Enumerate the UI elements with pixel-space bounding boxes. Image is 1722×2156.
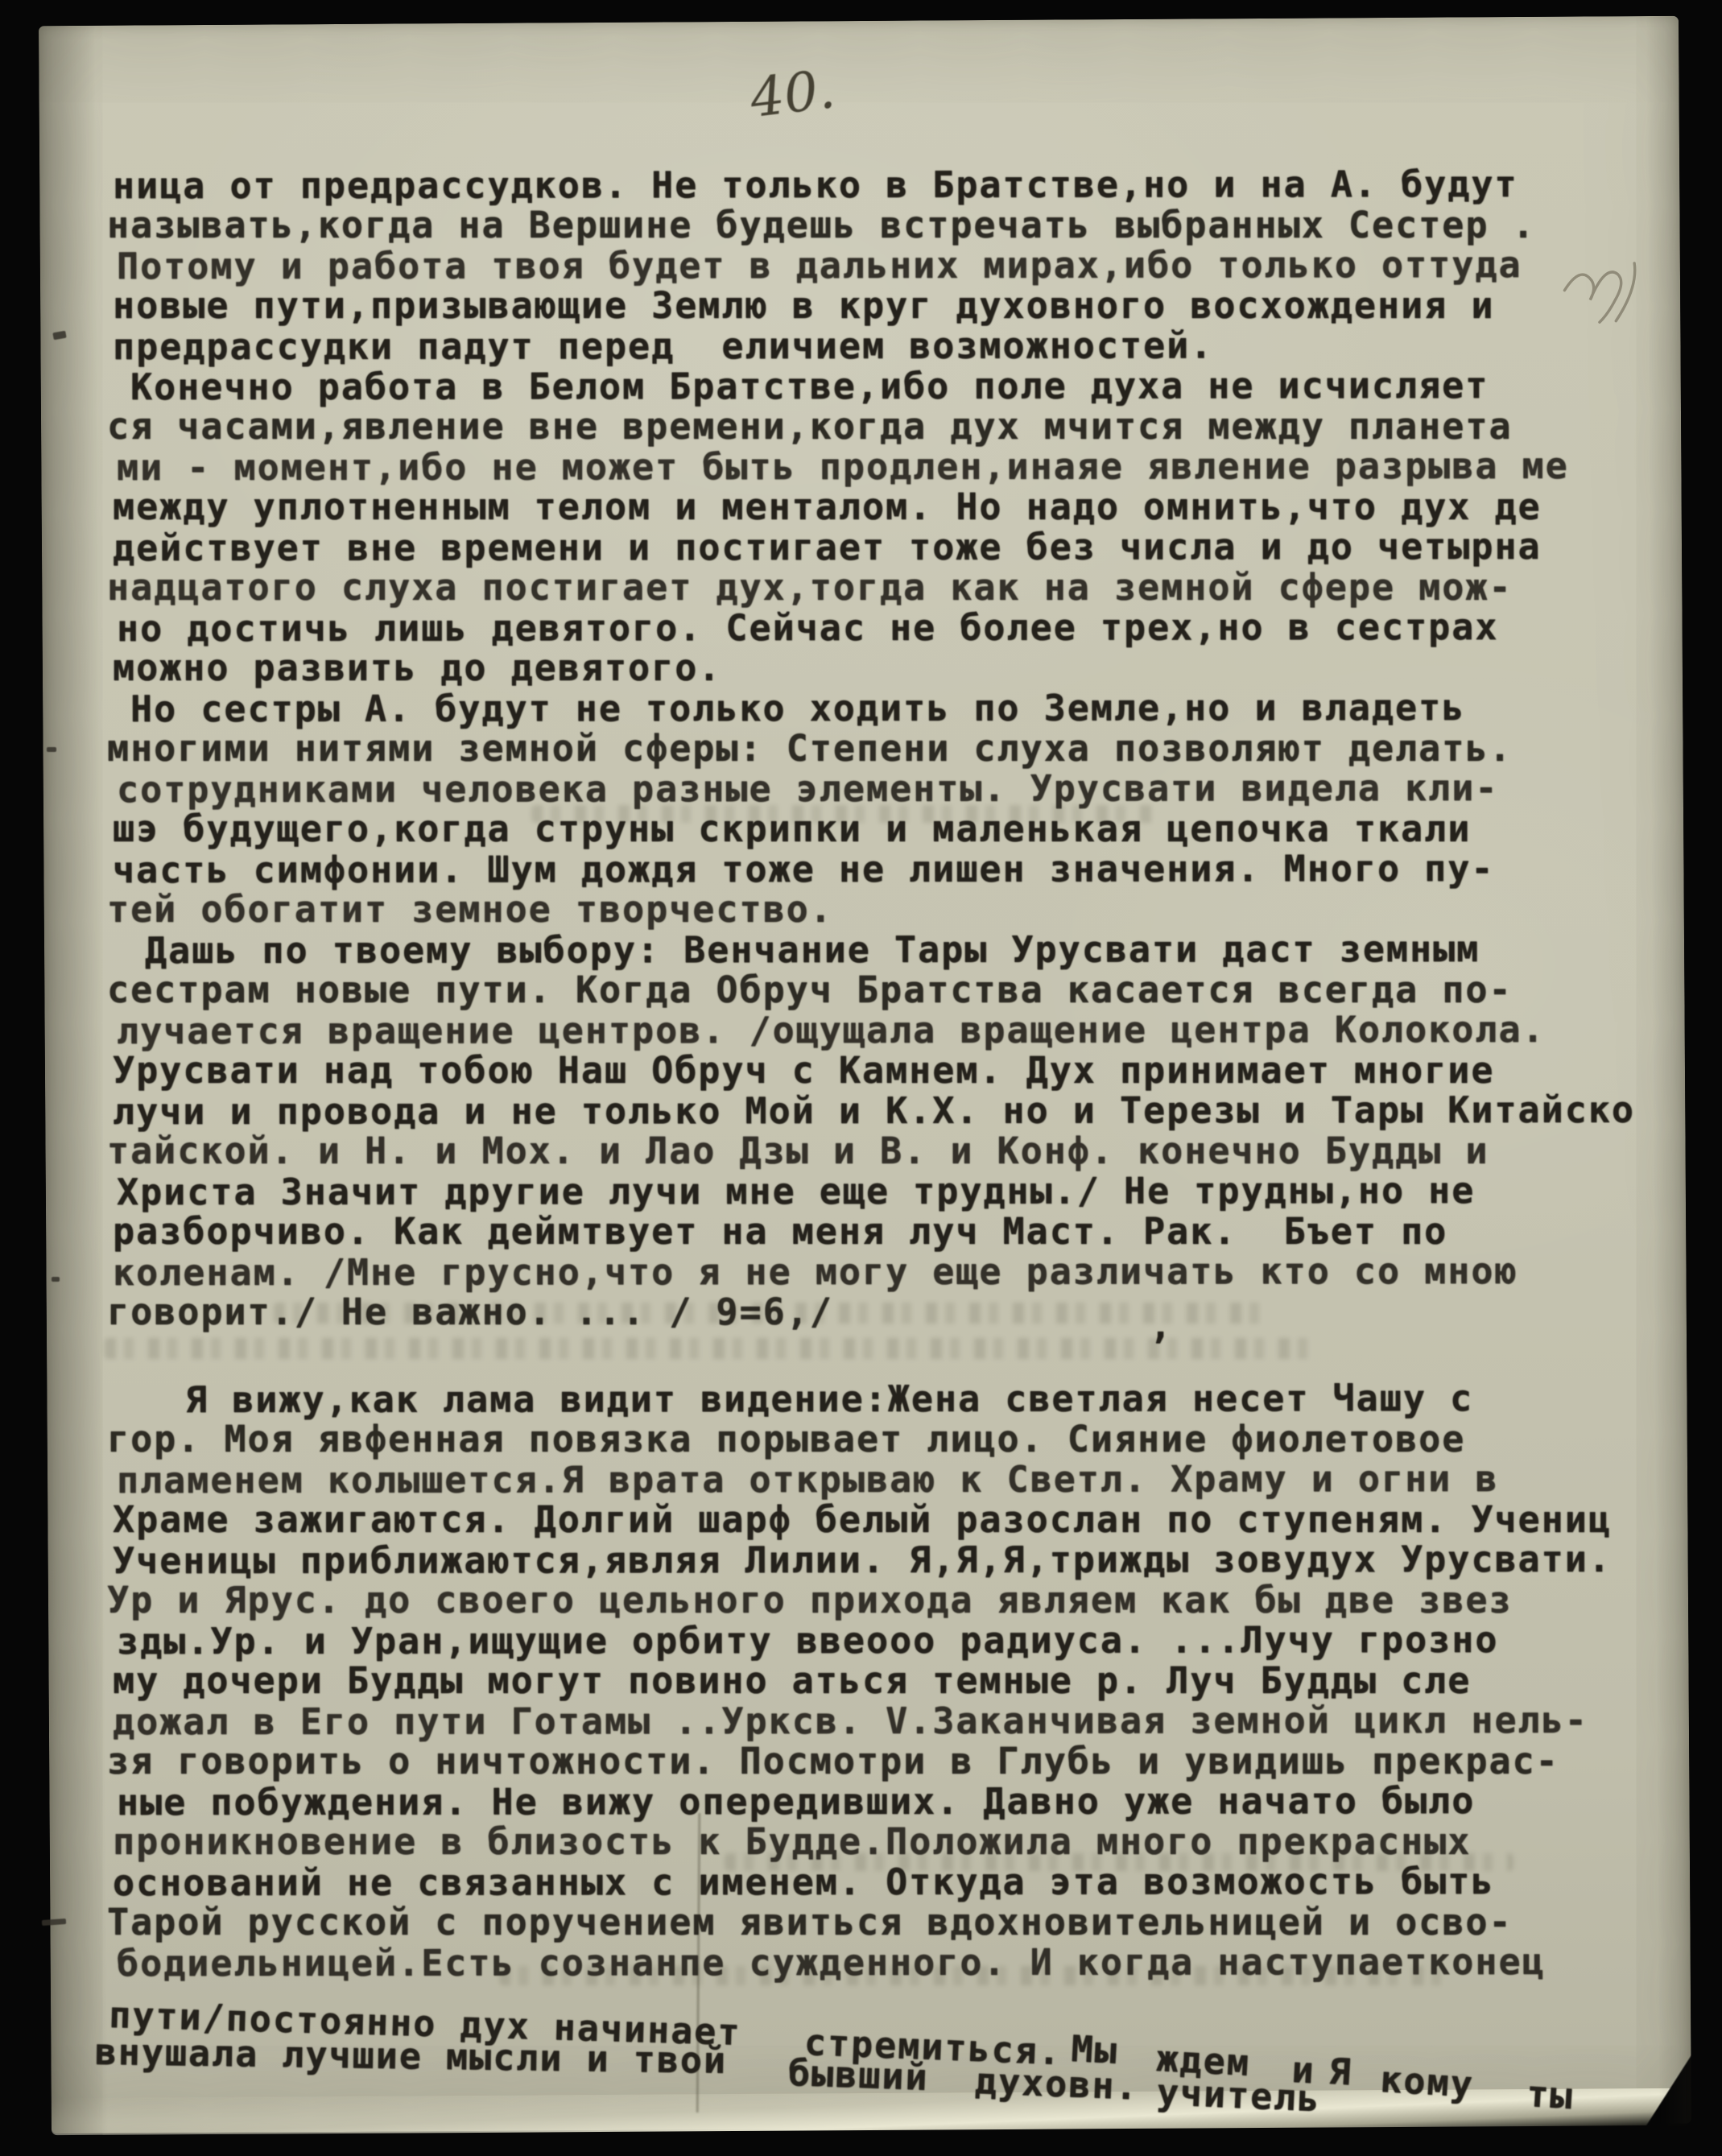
text-line: проникновение в близость к Будде.Положил…	[113, 1822, 1666, 1862]
paragraph: Дашь по твоему выбору: Венчание Тары Уру…	[113, 930, 1666, 1332]
page-number: 40.	[747, 63, 837, 126]
text-line: новые пути,призывающие Землю в круг духо…	[113, 286, 1666, 326]
text-line: между уплотненным телом и менталом. Но н…	[113, 487, 1666, 527]
text-line: гор. Моя явфенная повязка порывает лицо.…	[107, 1419, 1666, 1460]
text-line: но достичь лишь девятого. Сейчас не боле…	[117, 607, 1666, 649]
text-line: тайской. и Н. и Мох. и Лао Дзы и В. и Ко…	[107, 1131, 1666, 1171]
paper-corner-fold	[1563, 2030, 1693, 2126]
paragraph: Конечно работа в Белом Братстве,ибо поле…	[113, 366, 1666, 688]
text-line: коленам. /Мне грусно,что я не могу еще р…	[113, 1251, 1666, 1293]
typed-fragment: духовн.	[974, 2061, 1139, 2108]
text-line: зя говорить о ничтожности. Посмотри в Гл…	[107, 1741, 1666, 1782]
text-line: говорит./ Не важно. ... / 9=6,/	[107, 1292, 1666, 1332]
text-line: Урусвати над тобою Наш Обруч с Камнем. Д…	[113, 1051, 1666, 1091]
paragraph: ница от предрассудков. Не только в Братс…	[113, 165, 1666, 366]
text-line: пламенем колышется.Я врата открываю к Св…	[117, 1459, 1666, 1501]
typed-fragment: бывший	[787, 2053, 929, 2098]
typed-text-body: ница от предрассудков. Не только в Братс…	[113, 165, 1666, 1983]
text-line: Храме зажигаются. Долгий шарф белый разо…	[113, 1500, 1666, 1540]
text-line: Ученицы приближаются,являя Лилии. Я,Я,Я,…	[113, 1539, 1666, 1581]
text-line: ница от предрассудков. Не только в Братс…	[113, 164, 1666, 206]
paragraph: Я вижу,как лама видит видение:Жена светл…	[113, 1379, 1666, 1983]
text-line: Тарой русской с поручением явиться вдохн…	[107, 1902, 1666, 1943]
typed-fragment: Я	[1328, 2051, 1353, 2093]
typed-fragment: кому	[1379, 2059, 1475, 2105]
text-line: дожал в Его пути Готамы ..Урксв. V.Закан…	[113, 1700, 1666, 1742]
text-line: сотрудниками человека разные элементы. У…	[117, 768, 1666, 810]
typed-fragment: ты	[1526, 2074, 1575, 2117]
text-line: Конечно работа в Белом Братстве,ибо поле…	[113, 366, 1666, 407]
text-line: сестрам новые пути. Когда Обруч Братства…	[107, 970, 1666, 1010]
text-line: шэ будущего,когда струны скрипки и мален…	[113, 809, 1666, 849]
text-line: Ур и Ярус. до своего цельного прихода яв…	[107, 1580, 1666, 1621]
scanned-typescript-photo: 40. ница от предрассудков. Не только в Б…	[0, 0, 1722, 2156]
text-line: многими нитями земной сферы: Степени слу…	[107, 729, 1666, 769]
text-line: можно развить до девятого.	[113, 648, 1666, 688]
typed-fragment: учитель	[1156, 2072, 1322, 2119]
text-line: лучи и провода и не только Мой и К.Х. но…	[113, 1090, 1666, 1132]
typed-fragment: ,	[1150, 1306, 1173, 1346]
typed-fragment: внушала лучшие мысли и твой	[94, 2032, 727, 2081]
text-line: бодиельницей.Есть сознанпе сужденного. И…	[117, 1942, 1666, 1984]
text-line: ми - момент,ибо не может быть продлен,ин…	[117, 446, 1666, 488]
paragraph: Но сестры А. будут не только ходить по З…	[113, 688, 1666, 930]
text-line: зды.Ур. и Уран,ищущие орбиту ввеооо ради…	[117, 1620, 1666, 1662]
text-line: лучается вращение центров. /ощущала вращ…	[117, 1010, 1666, 1051]
text-line: тей обогатит земное творчество.	[107, 890, 1666, 930]
text-line: предрассудки падут перед еличием возможн…	[113, 325, 1666, 367]
text-line: оснований не связанных с именем. Откуда …	[113, 1861, 1666, 1903]
text-line: разборчиво. Как деймтвует на меня луч Ма…	[113, 1212, 1666, 1252]
ink-speck	[52, 1277, 60, 1282]
text-line: ся часами,явление вне времени,когда дух …	[107, 407, 1666, 447]
text-line: Христа Значит другие лучи мне еще трудны…	[117, 1171, 1666, 1212]
text-line: надцатого слуха постигает дух,тогда как …	[107, 568, 1666, 608]
text-line: Дашь по твоему выбору: Венчание Тары Уру…	[113, 929, 1666, 971]
text-line: Потому и работа твоя будет в дальних мир…	[117, 245, 1666, 287]
text-line: Я вижу,как лама видит видение:Жена светл…	[113, 1378, 1666, 1420]
text-line: му дочери Будды могут повино аться темны…	[113, 1661, 1666, 1701]
ink-speck	[47, 747, 56, 752]
text-line: часть симфонии. Шум дождя тоже не лишен …	[113, 849, 1666, 890]
text-line: Но сестры А. будут не только ходить по З…	[113, 688, 1666, 729]
text-line: действует вне времени и постигает тоже б…	[113, 527, 1666, 568]
text-line: ные побуждения. Не вижу опередивших. Дав…	[117, 1781, 1666, 1823]
text-line: называть,когда на Вершине будешь встреча…	[107, 205, 1666, 246]
